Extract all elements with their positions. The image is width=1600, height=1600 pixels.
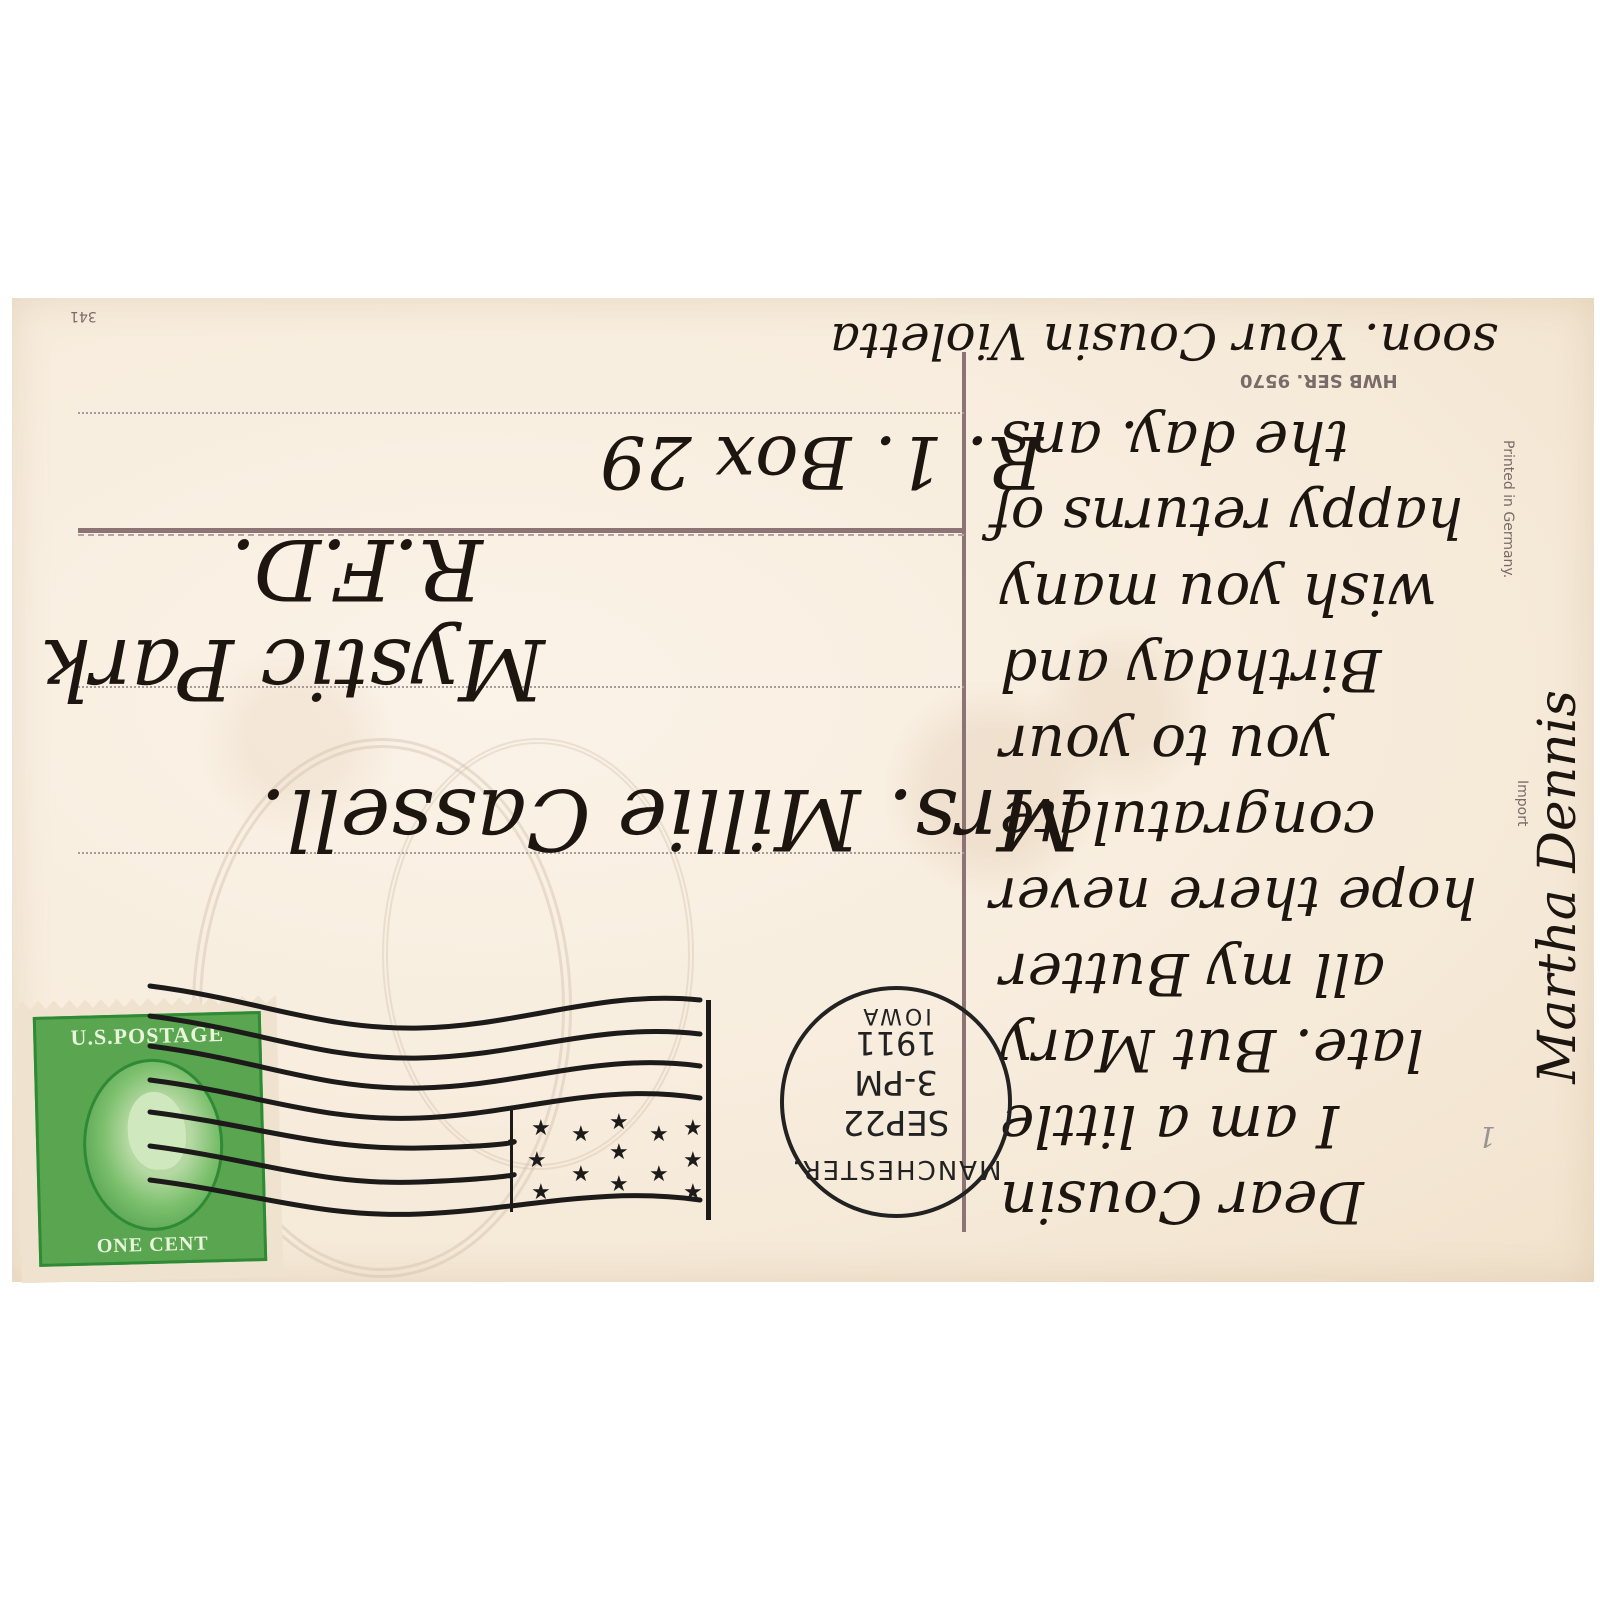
postmark: MANCHESTER, SEP22 3-PM 1911 IOWA [780, 986, 1012, 1218]
flag-cancel [0, 0, 1600, 1600]
flag-canton: ★ ★ ★ ★ ★ ★ ★ ★ ★ ★ ★ ★ ★ [510, 1110, 703, 1212]
star-icon: ★ [531, 1180, 551, 1205]
star-icon: ★ [571, 1122, 591, 1147]
star-icon: ★ [609, 1140, 629, 1165]
star-icon: ★ [649, 1122, 669, 1147]
flag-pole [706, 1000, 711, 1220]
star-icon: ★ [649, 1162, 669, 1187]
postmark-city: MANCHESTER, [784, 1154, 1008, 1184]
star-icon: ★ [527, 1148, 547, 1173]
star-icon: ★ [609, 1172, 629, 1197]
star-icon: ★ [571, 1162, 591, 1187]
star-icon: ★ [683, 1148, 703, 1173]
star-icon: ★ [683, 1116, 703, 1141]
postmark-year: 1911 [784, 1024, 1008, 1062]
star-icon: ★ [683, 1180, 703, 1205]
postmark-state: IOWA [784, 1003, 1008, 1028]
postmark-date: SEP22 [784, 1102, 1008, 1142]
postmark-time: 3-PM [784, 1062, 1008, 1102]
star-icon: ★ [609, 1110, 629, 1135]
star-icon: ★ [531, 1116, 551, 1141]
